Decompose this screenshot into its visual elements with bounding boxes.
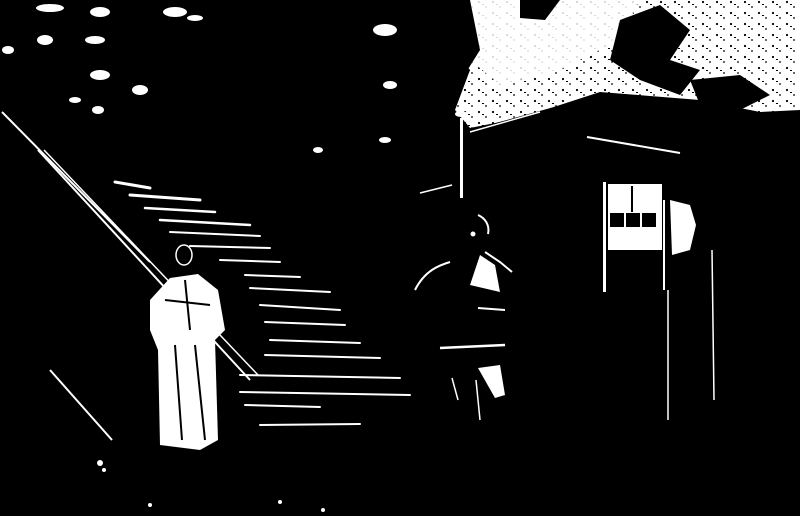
photo-canvas bbox=[0, 0, 800, 516]
building bbox=[420, 95, 800, 516]
photograph bbox=[0, 0, 800, 516]
